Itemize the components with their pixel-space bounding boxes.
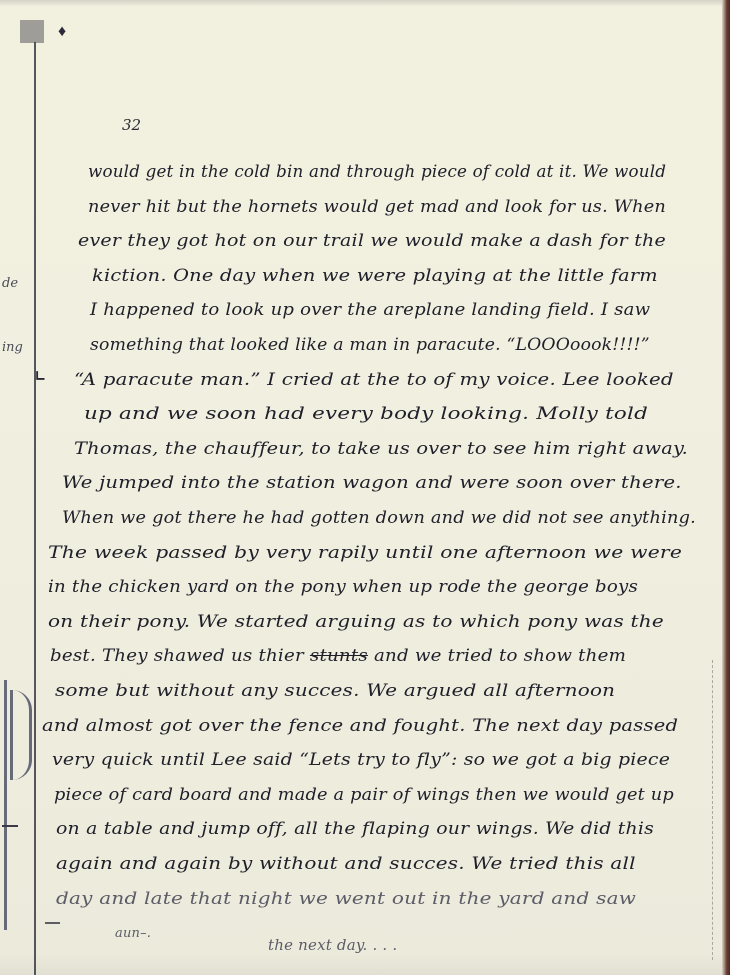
binding-hole-mark <box>20 20 44 43</box>
handwritten-line: best. They shawed us thier stunts and we… <box>50 646 626 666</box>
handwritten-line: day and late that night we went out in t… <box>56 889 636 909</box>
margin-bracket-mark: ⌞ <box>34 355 46 385</box>
margin-rule-line <box>34 42 36 975</box>
bottom-dash-mark <box>45 922 60 924</box>
handwritten-line: piece of card board and made a pair of w… <box>54 785 674 805</box>
margin-note-fragment: de <box>2 276 18 291</box>
handwritten-line: and almost got over the fence and fought… <box>42 716 678 736</box>
handwritten-line: very quick until Lee said “Lets try to f… <box>52 750 670 770</box>
handwritten-line: some but without any succes. We argued a… <box>55 681 615 701</box>
handwritten-line: on their pony. We started arguing as to … <box>48 612 664 632</box>
handwritten-line: again and again by without and succes. W… <box>56 854 636 874</box>
handwritten-line: up and we soon had every body looking. M… <box>84 404 648 424</box>
handwritten-line: something that looked like a man in para… <box>90 335 650 355</box>
notebook-page: ♦ 32 de ing ⌞ would get in the cold bin … <box>0 0 722 975</box>
handwritten-line: Thomas, the chauffeur, to take us over t… <box>74 439 688 459</box>
page-top-edge <box>0 0 722 6</box>
margin-note-fragment: ing <box>2 340 23 355</box>
handwritten-line: We jumped into the station wagon and wer… <box>62 473 682 493</box>
handwritten-line: When we got there he had gotten down and… <box>62 508 696 528</box>
margin-scribble-stroke <box>4 680 7 930</box>
handwritten-line: in the chicken yard on the pony when up … <box>48 577 638 597</box>
handwritten-line: on a table and jump off, all the flaping… <box>56 819 654 839</box>
handwritten-line: ever they got hot on our trail we would … <box>78 231 666 251</box>
trailing-fragment: aun–. <box>115 926 151 941</box>
handwritten-line: never hit but the hornets would get mad … <box>88 197 666 217</box>
handwritten-line: “A paracute man.” I cried at the to of m… <box>74 370 674 390</box>
margin-dash-mark <box>2 825 18 827</box>
handwritten-line: would get in the cold bin and through pi… <box>88 162 666 182</box>
page-bottom-edge <box>0 955 722 975</box>
trailing-fragment: the next day. . . . <box>268 936 397 954</box>
page-fold-crease <box>712 660 714 960</box>
handwritten-line: The week passed by very rapily until one… <box>48 543 682 563</box>
ink-blot-icon: ♦ <box>58 24 74 40</box>
handwritten-line: I happened to look up over the areplane … <box>90 300 650 320</box>
margin-scribble-mark <box>10 690 32 780</box>
binder-edge-shadow <box>722 0 730 975</box>
handwritten-line: kiction. One day when we were playing at… <box>92 266 658 286</box>
struck-through-word: stunts <box>310 646 368 666</box>
page-number: 32 <box>122 116 141 134</box>
